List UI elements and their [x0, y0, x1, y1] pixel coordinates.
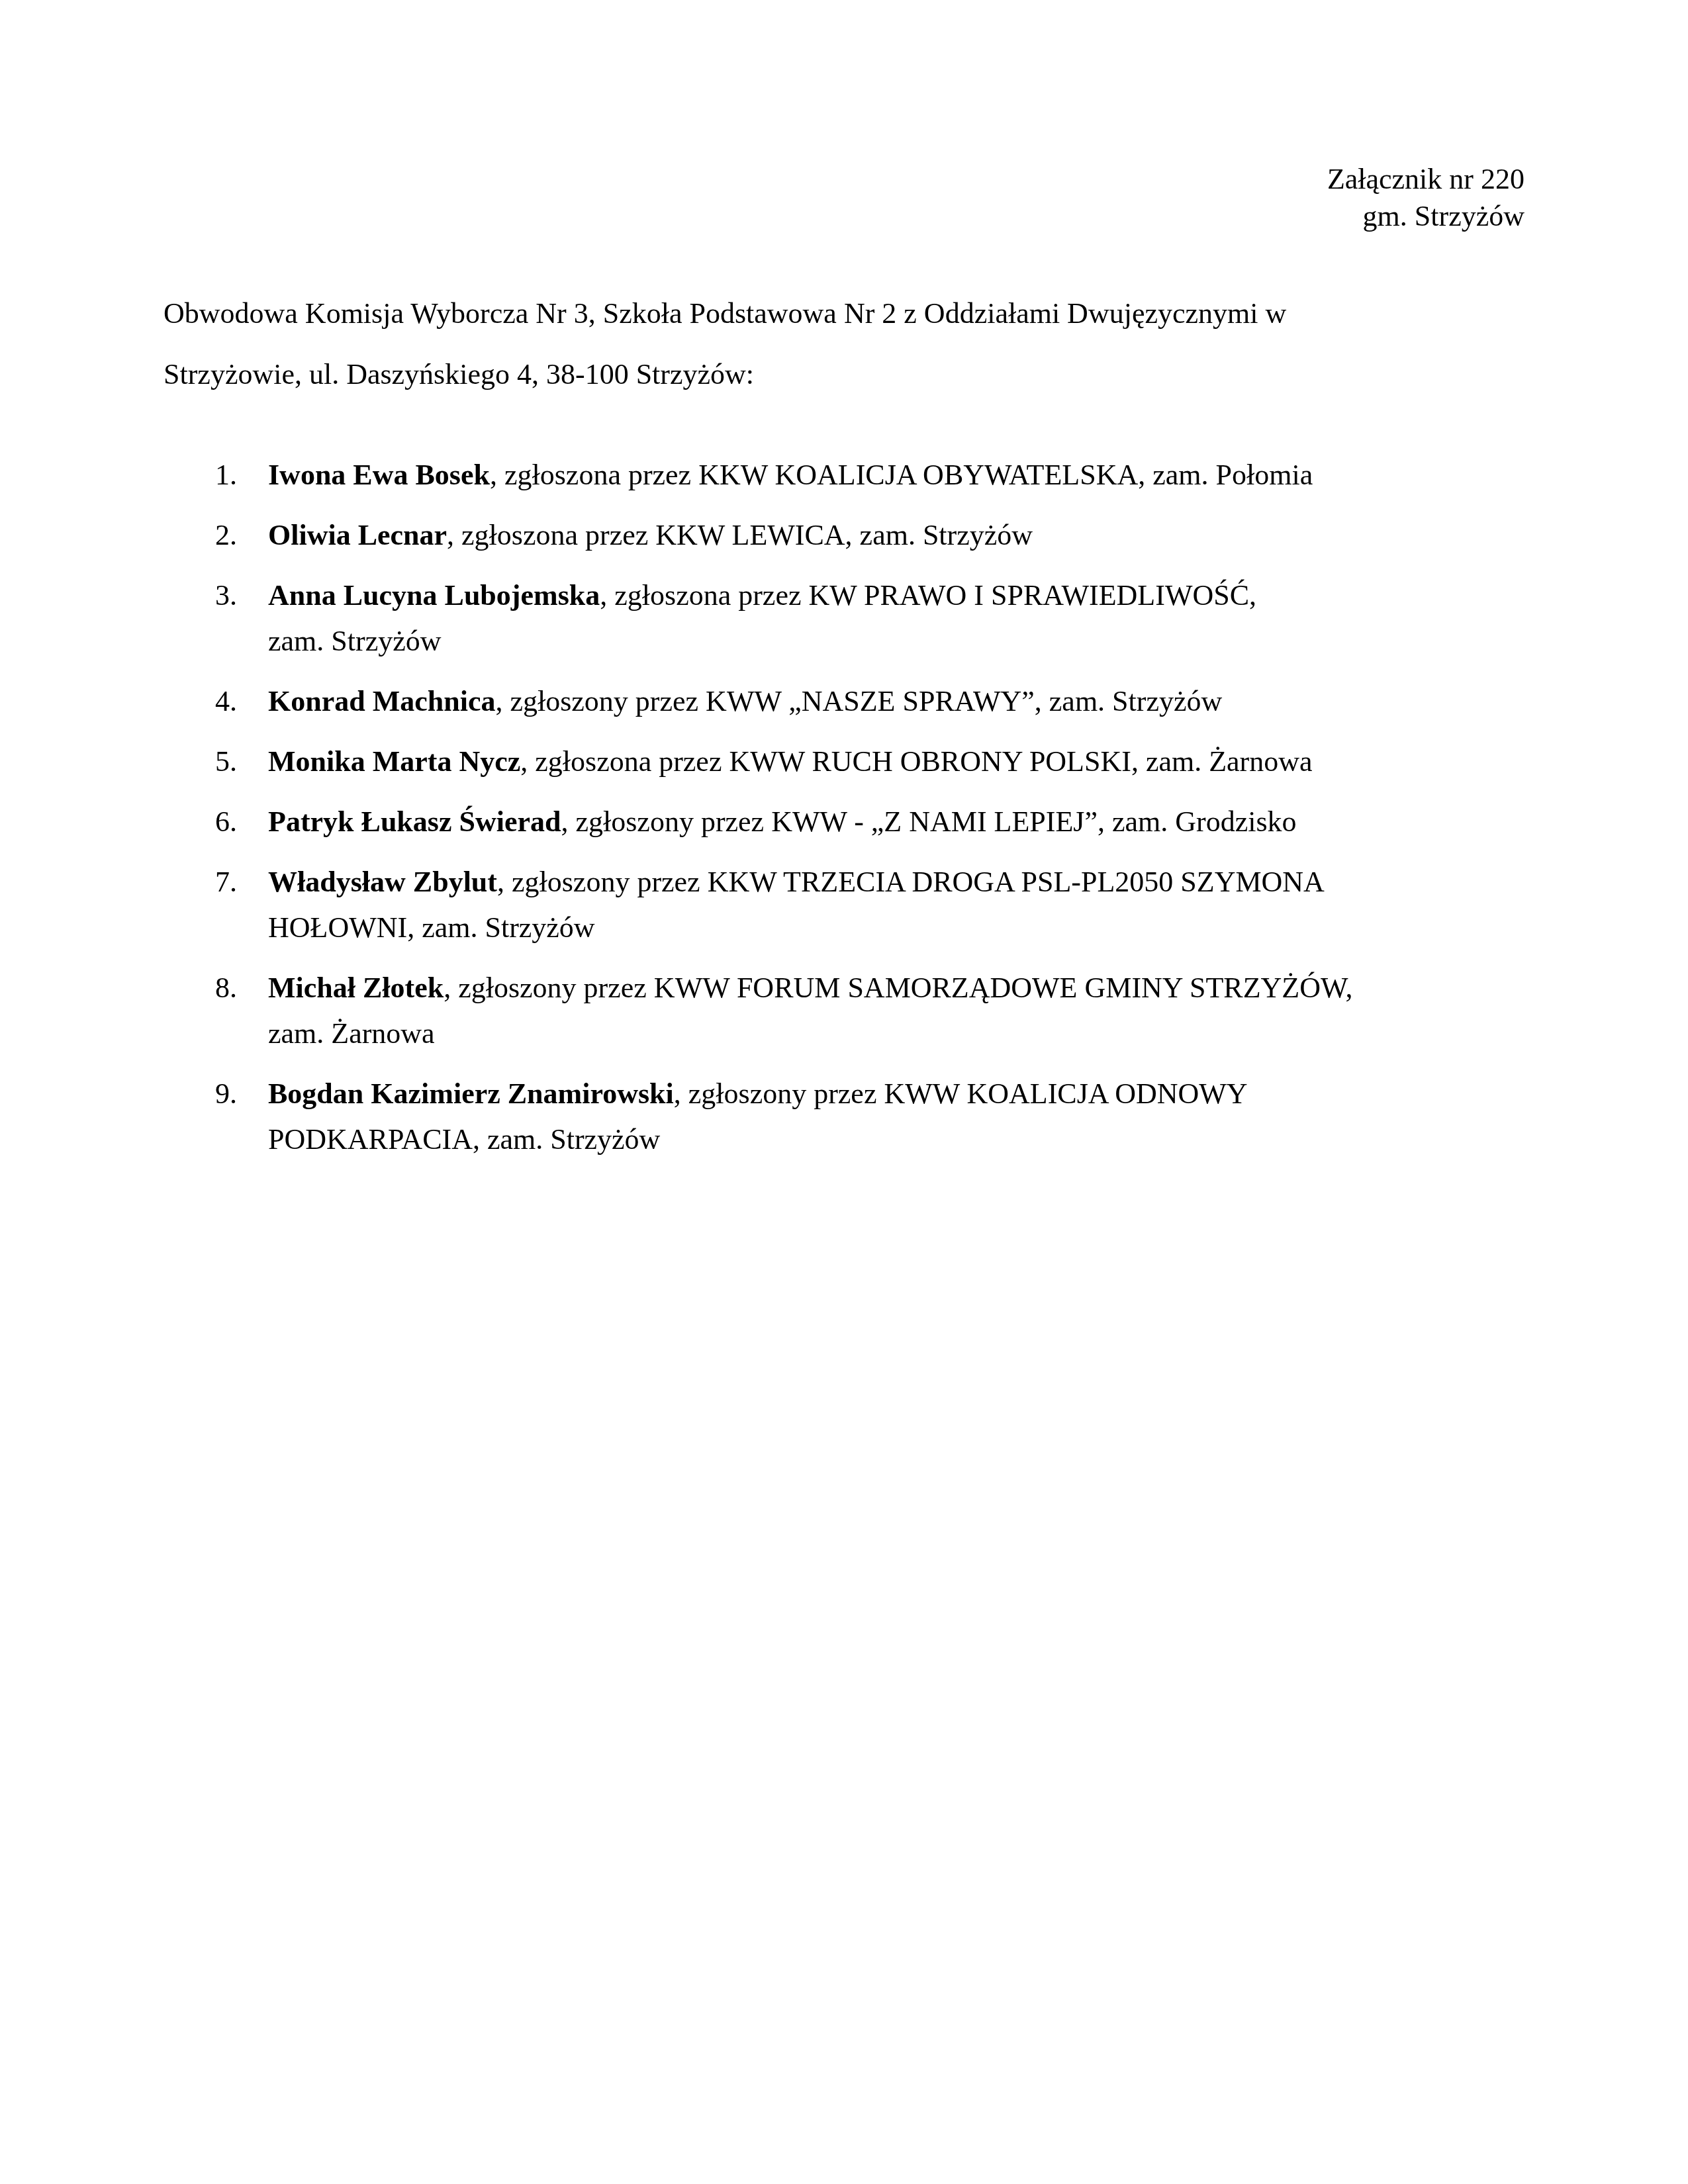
- list-item: 5. Monika Marta Nycz, zgłoszona przez KW…: [164, 739, 1527, 784]
- list-number: 2.: [215, 512, 237, 558]
- commission-line-2: Strzyżowie, ul. Daszyńskiego 4, 38-100 S…: [164, 344, 1527, 405]
- municipality-label: gm. Strzyżów: [1327, 198, 1524, 235]
- member-details: , zgłoszona przez KWW RUCH OBRONY POLSKI…: [520, 745, 1312, 778]
- commission-description: Obwodowa Komisja Wyborcza Nr 3, Szkoła P…: [164, 283, 1527, 405]
- list-item: 4. Konrad Machnica, zgłoszony przez KWW …: [164, 678, 1527, 724]
- member-details: , zgłoszony przez KWW - „Z NAMI LEPIEJ”,…: [561, 805, 1296, 838]
- member-details-continued: HOŁOWNI, zam. Strzyżów: [268, 905, 1527, 950]
- list-number: 9.: [215, 1071, 237, 1116]
- member-name: Patryk Łukasz Świerad: [268, 805, 561, 838]
- list-item: 6. Patryk Łukasz Świerad, zgłoszony prze…: [164, 799, 1527, 844]
- list-item: 8. Michał Złotek, zgłoszony przez KWW FO…: [164, 965, 1527, 1056]
- member-details: , zgłoszony przez KWW „NASZE SPRAWY”, za…: [495, 685, 1222, 717]
- member-details: , zgłoszona przez KW PRAWO I SPRAWIEDLIW…: [600, 579, 1256, 612]
- attachment-label: Załącznik nr 220: [1327, 161, 1524, 198]
- list-item: 1. Iwona Ewa Bosek, zgłoszona przez KKW …: [164, 452, 1527, 498]
- member-name: Władysław Zbylut: [268, 866, 497, 898]
- commission-line-1: Obwodowa Komisja Wyborcza Nr 3, Szkoła P…: [164, 283, 1527, 344]
- member-name: Iwona Ewa Bosek: [268, 459, 490, 491]
- member-name: Konrad Machnica: [268, 685, 495, 717]
- member-details-continued: zam. Strzyżów: [268, 618, 1527, 664]
- member-name: Oliwia Lecnar: [268, 519, 447, 551]
- member-details: , zgłoszony przez KWW FORUM SAMORZĄDOWE …: [444, 972, 1352, 1004]
- list-number: 3.: [215, 572, 237, 618]
- member-name: Michał Złotek: [268, 972, 444, 1004]
- member-name: Monika Marta Nycz: [268, 745, 520, 778]
- list-item: 7. Władysław Zbylut, zgłoszony przez KKW…: [164, 859, 1527, 950]
- member-details: , zgłoszona przez KKW LEWICA, zam. Strzy…: [447, 519, 1033, 551]
- list-number: 4.: [215, 678, 237, 724]
- list-item: 2. Oliwia Lecnar, zgłoszona przez KKW LE…: [164, 512, 1527, 558]
- list-number: 5.: [215, 739, 237, 784]
- list-number: 7.: [215, 859, 237, 905]
- member-details: , zgłoszony przez KWW KOALICJA ODNOWY: [674, 1077, 1248, 1110]
- member-name: Bogdan Kazimierz Znamirowski: [268, 1077, 674, 1110]
- list-number: 1.: [215, 452, 237, 498]
- member-name: Anna Lucyna Lubojemska: [268, 579, 600, 612]
- list-item: 3. Anna Lucyna Lubojemska, zgłoszona prz…: [164, 572, 1527, 664]
- member-details: , zgłoszony przez KKW TRZECIA DROGA PSL-…: [497, 866, 1325, 898]
- list-item: 9. Bogdan Kazimierz Znamirowski, zgłoszo…: [164, 1071, 1527, 1162]
- list-number: 8.: [215, 965, 237, 1011]
- member-list: 1. Iwona Ewa Bosek, zgłoszona przez KKW …: [164, 452, 1527, 1177]
- member-details-continued: zam. Żarnowa: [268, 1011, 1527, 1056]
- list-number: 6.: [215, 799, 237, 844]
- attachment-header: Załącznik nr 220 gm. Strzyżów: [1327, 161, 1524, 235]
- member-details-continued: PODKARPACIA, zam. Strzyżów: [268, 1116, 1527, 1162]
- document-page: Załącznik nr 220 gm. Strzyżów Obwodowa K…: [0, 0, 1688, 2184]
- member-details: , zgłoszona przez KKW KOALICJA OBYWATELS…: [490, 459, 1313, 491]
